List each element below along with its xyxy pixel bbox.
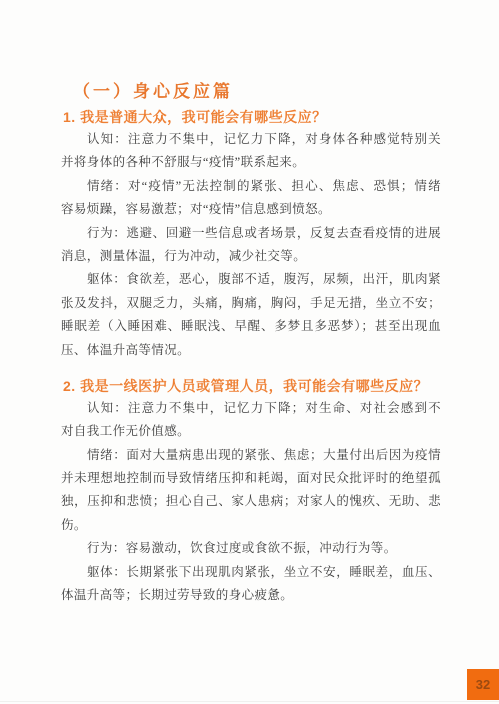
- text-line: 并将身体的各种不舒服与“疫情”联系起来。: [61, 151, 441, 174]
- text-line: 情绪：对“疫情”无法控制的紧张、担心、焦虑、恐惧；情绪: [61, 175, 441, 198]
- text-line: 认知：注意力不集中，记忆力下降，对身体各种感觉特别关注，: [61, 128, 441, 151]
- page-number-badge: 32: [467, 669, 499, 700]
- text-line: 睡眠差（入睡困难、睡眠浅、早醒、多梦且多恶梦）；甚至出现血: [61, 315, 441, 338]
- question-heading: 2. 我是一线医护人员或管理人员，我可能会有哪些反应？: [63, 378, 441, 394]
- text-line: 躯体：长期紧张下出现肌肉紧张，坐立不安，睡眠差，血压、: [61, 561, 441, 584]
- text-column: （一）身心反应篇 1. 我是普通大众，我可能会有哪些反应？认知：注意力不集中，记…: [61, 0, 441, 607]
- document-page: （一）身心反应篇 1. 我是普通大众，我可能会有哪些反应？认知：注意力不集中，记…: [0, 0, 499, 704]
- text-line: 压、体温升高等情况。: [61, 339, 441, 362]
- text-line: 张及发抖，双腿乏力，头痛，胸痛，胸闷，手足无措，坐立不安；: [61, 292, 441, 315]
- text-line: 独，压抑和悲愤；担心自己、家人患病；对家人的愧疚、无助、悲: [61, 490, 441, 513]
- text-line: 认知：注意力不集中，记忆力下降；对生命、对社会感到不公；: [61, 397, 441, 420]
- text-line: 伤。: [61, 514, 441, 537]
- text-line: 并未理想地控制而导致情绪压抑和耗竭，面对民众批评时的绝望孤: [61, 467, 441, 490]
- qa-section: 2. 我是一线医护人员或管理人员，我可能会有哪些反应？认知：注意力不集中，记忆力…: [61, 378, 441, 608]
- text-line: 对自我工作无价值感。: [61, 420, 441, 443]
- page-edge-line: [0, 701, 499, 702]
- section-body: 认知：注意力不集中，记忆力下降，对身体各种感觉特别关注，并将身体的各种不舒服与“…: [61, 128, 441, 362]
- text-line: 消息，测量体温，行为冲动，减少社交等。: [61, 245, 441, 268]
- text-line: 容易烦躁，容易激惹；对“疫情”信息感到愤怒。: [61, 198, 441, 221]
- text-line: 行为：容易激动，饮食过度或食欲不振，冲动行为等。: [61, 537, 441, 560]
- qa-section: 1. 我是普通大众，我可能会有哪些反应？认知：注意力不集中，记忆力下降，对身体各…: [61, 109, 441, 362]
- section-title: （一）身心反应篇: [73, 82, 441, 102]
- qa-sections: 1. 我是普通大众，我可能会有哪些反应？认知：注意力不集中，记忆力下降，对身体各…: [61, 109, 441, 607]
- question-heading: 1. 我是普通大众，我可能会有哪些反应？: [63, 109, 441, 125]
- text-line: 行为：逃避、回避一些信息或者场景，反复去查看疫情的进展: [61, 222, 441, 245]
- text-line: 躯体：食欲差，恶心，腹部不适，腹泻，尿频，出汗，肌肉紧: [61, 268, 441, 291]
- section-body: 认知：注意力不集中，记忆力下降；对生命、对社会感到不公；对自我工作无价值感。情绪…: [61, 397, 441, 608]
- text-line: 体温升高等；长期过劳导致的身心疲惫。: [61, 584, 441, 607]
- text-line: 情绪：面对大量病患出现的紧张、焦虑；大量付出后因为疫情: [61, 444, 441, 467]
